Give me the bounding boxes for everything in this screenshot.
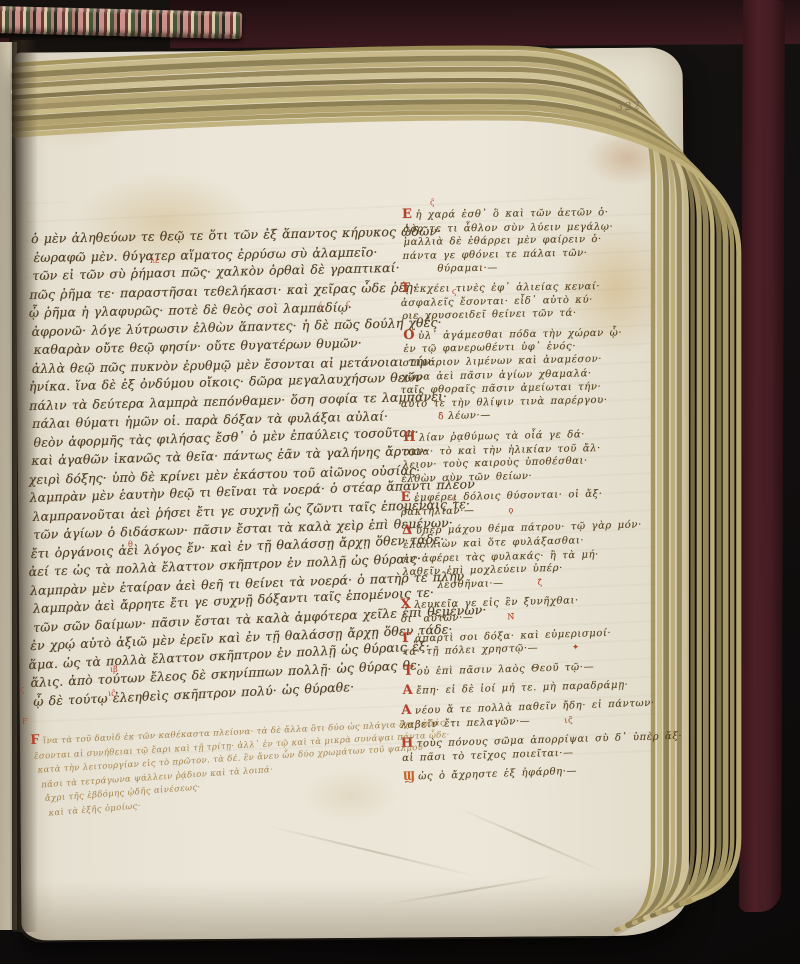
rubric-initial: Ο <box>403 328 415 343</box>
rubric-mark: ζ̑ <box>538 578 543 587</box>
manuscript-photo: 322 ὁ μὲν ἀληθεύων τε θεῷ τε ὅτι τῶν ἐξ … <box>0 0 800 964</box>
rubric-initial: Χ <box>400 597 411 612</box>
line-text: δι᾽ αὐτῶν·— <box>401 612 474 625</box>
main-text-column: ὁ μὲν ἀληθεύων τε θεῷ τε ὅτι τῶν ἐξ ἅπαν… <box>31 230 417 711</box>
line-text: θύραμαι·— <box>437 263 498 275</box>
line-text: λίαν ῥᾳθύμως τὰ οἷά γε δά· <box>419 429 585 443</box>
line-text: ῥακτηλίαν·— <box>401 505 475 518</box>
rubric-mark: Ν̑ <box>507 612 515 621</box>
rubric-initial: Α <box>402 683 413 698</box>
line-text: οὐ ἐπὶ πᾶσιν λαὸς Θεοῦ τῷ·— <box>417 661 595 677</box>
text-line: θύραμαι·— <box>401 260 647 277</box>
line-text: λέων·— <box>448 410 491 422</box>
endband <box>0 6 242 39</box>
rubric-mark: δ̑ <box>438 412 444 422</box>
text-line: Αἔπη· εἰ δὲ ἰοί μή τε. μὴ παραδράμῃ· <box>402 677 648 699</box>
rubric-initial: Τ <box>400 281 410 296</box>
rubric-initial: Τ <box>403 663 414 678</box>
line-text: ριε χρυσοειδεῖ θείνει τῶν τά· <box>402 308 577 322</box>
rubric-mark: ιϛ̑ <box>564 715 573 724</box>
book-cover-top-edge <box>170 0 800 48</box>
line-text: λεσθῆναι·— <box>437 578 504 591</box>
rubric-initial: Δ <box>402 523 413 538</box>
line-text: πάντα γε φθόνει τε πάλαι τῶν· <box>403 247 588 261</box>
line-text: ἐλθὼν σὺν τῶν θείων· <box>401 470 532 484</box>
line-text: ἡ χαρά ἐσθ᾽ ὃ καὶ τῶν ἀετῶν ὁ· <box>415 207 608 221</box>
rubric-initial: Ϝ <box>30 733 40 748</box>
line-text: ὡς ὁ ἄχρηστε ἐξ ἠφάρθη·— <box>418 766 577 783</box>
line-text: τα· τῇ πόλει χρηστῷ·— <box>403 643 538 658</box>
book-cover-right-board <box>739 0 785 912</box>
line-text: ἐκχέει τινὲς ἐφ᾽ ἁλιείας κεναί· <box>414 281 600 295</box>
line-text: ἔπη· εἰ δὲ ἰοί μή τε. μὴ παραδράμῃ· <box>416 680 628 697</box>
text-line: Τοὐ ἐπὶ πᾶσιν λαὸς Θεοῦ τῷ·— <box>403 658 649 680</box>
rubric-mark: ϙ <box>508 505 514 514</box>
rubric-mark: ✦ <box>572 643 580 652</box>
rubric-initial: Γ <box>402 630 412 645</box>
text-line: Ϣὡς ὁ ἄχρηστε ἐξ ἠφάρθη·— <box>403 762 649 785</box>
rubric-initial: Ε <box>400 490 411 505</box>
rubric-initial: Ε <box>402 207 413 222</box>
rubric-initial: Α <box>401 703 412 718</box>
parchment-crease <box>264 824 478 877</box>
page-bottom-shading <box>18 877 658 942</box>
parchment-crease <box>457 807 604 872</box>
commentary-column: Εἡ χαρά ἐσθ᾽ ὃ καὶ τῶν ἀετῶν ὁ·ἀὸρ τε τι… <box>402 208 648 785</box>
rubric-initial: Η <box>403 430 416 445</box>
folio-number: 322 <box>616 99 642 113</box>
marginal-note-block: Ϝἵνα τὰ τοῦ δαυὶδ ἐκ τῶν καθέκαστα πλείο… <box>30 717 414 823</box>
